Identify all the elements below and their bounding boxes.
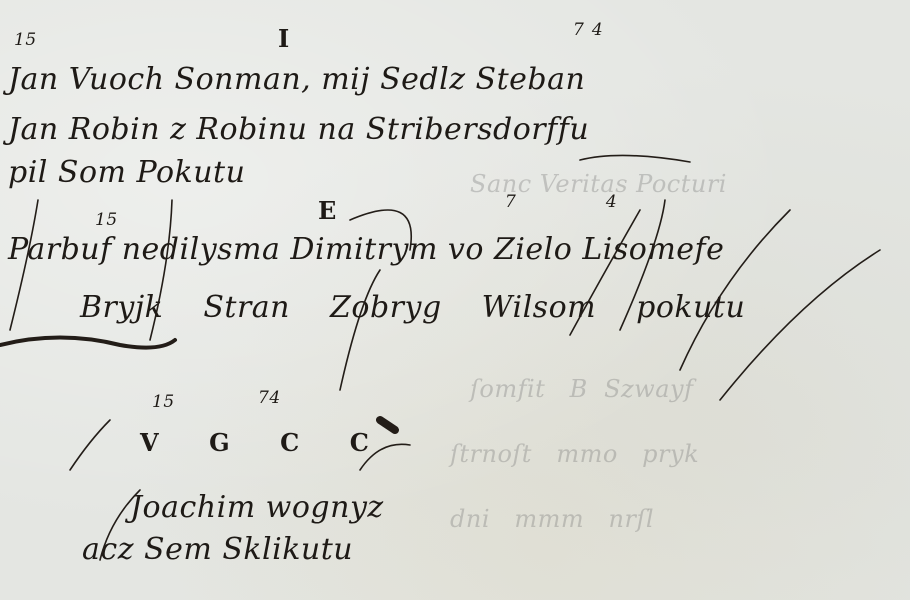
manuscript-page: Sanc Veritas Pocturi ſomfit B Szwayf ſtr… [0,0,910,600]
pen-flourishes [0,0,910,600]
